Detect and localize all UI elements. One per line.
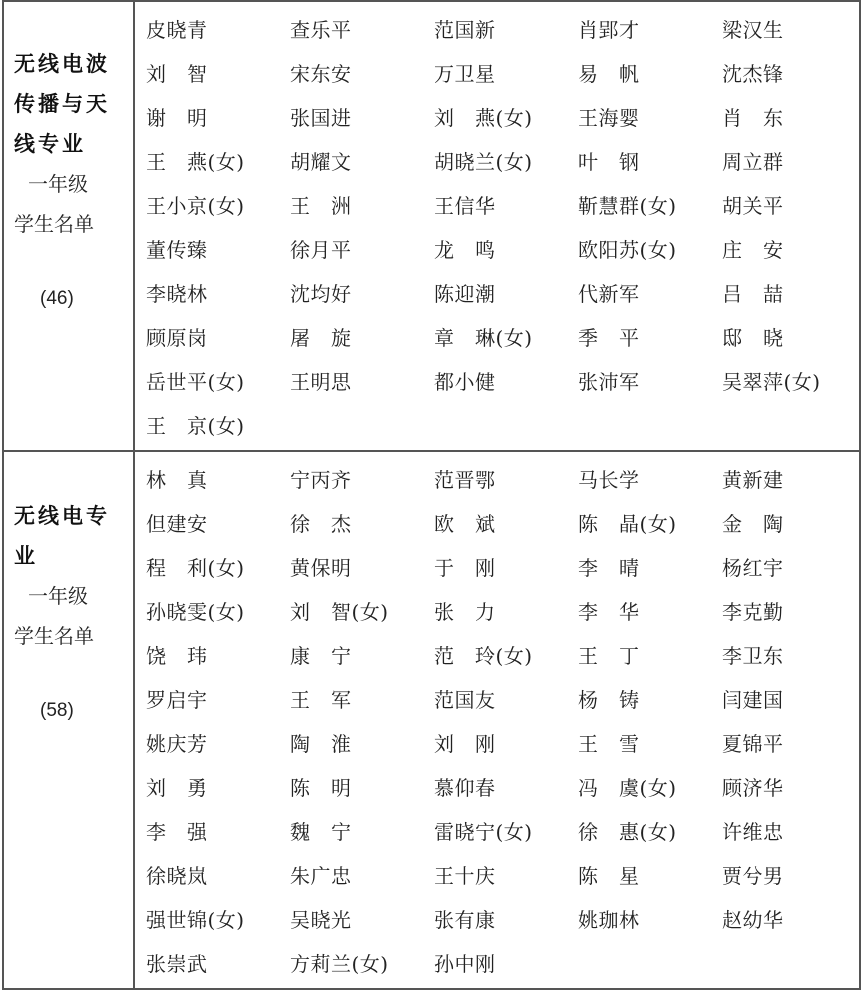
student-name: 胡关平 xyxy=(722,186,852,230)
student-name: 王 丁 xyxy=(578,636,722,680)
section-label-cell: 无线电波传播与天线专业 一年级 学生名单 (46) xyxy=(3,1,134,451)
student-name: 王 洲 xyxy=(290,186,434,230)
student-name: 方莉兰(女) xyxy=(290,944,434,974)
student-name: 欧 斌 xyxy=(434,504,578,548)
student-name: 张沛军 xyxy=(578,362,722,406)
student-name: 周立群 xyxy=(722,142,852,186)
student-name: 顾原岗 xyxy=(146,318,290,362)
student-name: 闫建国 xyxy=(722,680,852,724)
student-name: 王 军 xyxy=(290,680,434,724)
student-name: 李 华 xyxy=(578,592,722,636)
section-label: 无线电波传播与天线专业 一年级 学生名单 (46) xyxy=(4,2,133,310)
student-name: 顾济华 xyxy=(722,768,852,812)
student-name: 庄 安 xyxy=(722,230,852,274)
student-name: 李克勤 xyxy=(722,592,852,636)
section-label: 无线电专业 一年级 学生名单 (58) xyxy=(4,452,133,722)
student-name: 强世锦(女) xyxy=(146,900,290,944)
student-name: 龙 鸣 xyxy=(434,230,578,274)
student-name: 吕 喆 xyxy=(722,274,852,318)
section-row-antenna: 无线电波传播与天线专业 一年级 学生名单 (46) 皮晓青查乐平范国新肖郢才梁汉… xyxy=(3,1,860,451)
student-name: 宋东安 xyxy=(290,54,434,98)
student-name: 孙晓雯(女) xyxy=(146,592,290,636)
section-count: (58) xyxy=(14,700,133,722)
student-name: 刘 燕(女) xyxy=(434,98,578,142)
student-name: 饶 玮 xyxy=(146,636,290,680)
student-roster-table: 无线电波传播与天线专业 一年级 学生名单 (46) 皮晓青查乐平范国新肖郢才梁汉… xyxy=(2,0,861,974)
student-name: 黄新建 xyxy=(722,460,852,504)
student-name: 肖 东 xyxy=(722,98,852,142)
student-name: 王十庆 xyxy=(434,856,578,900)
student-name: 李 晴 xyxy=(578,548,722,592)
student-name: 张有康 xyxy=(434,900,578,944)
section-title: 无线电专业 xyxy=(14,496,129,576)
student-name: 季 平 xyxy=(578,318,722,362)
section-grade: 一年级 xyxy=(14,576,133,616)
student-name: 陈 晶(女) xyxy=(578,504,722,548)
student-name: 杨 铸 xyxy=(578,680,722,724)
student-name: 朱广忠 xyxy=(290,856,434,900)
student-name: 代新军 xyxy=(578,274,722,318)
student-name: 吴翠萍(女) xyxy=(722,362,852,406)
student-name: 张崇武 xyxy=(146,944,290,974)
student-name: 查乐平 xyxy=(290,10,434,54)
section-title: 无线电波传播与天线专业 xyxy=(14,44,129,164)
section-count: (46) xyxy=(14,288,133,310)
student-name: 冯 虞(女) xyxy=(578,768,722,812)
names-grid: 皮晓青查乐平范国新肖郢才梁汉生刘 智宋东安万卫星易 帆沈杰锋谢 明张国进刘 燕(… xyxy=(135,2,859,450)
student-name: 胡晓兰(女) xyxy=(434,142,578,186)
student-name: 张 力 xyxy=(434,592,578,636)
student-name: 于 刚 xyxy=(434,548,578,592)
student-name: 王小京(女) xyxy=(146,186,290,230)
student-name: 黄保明 xyxy=(290,548,434,592)
student-name: 万卫星 xyxy=(434,54,578,98)
section-grade: 一年级 xyxy=(14,164,133,204)
student-name: 陈 明 xyxy=(290,768,434,812)
student-name: 杨红宇 xyxy=(722,548,852,592)
student-name: 沈杰锋 xyxy=(722,54,852,98)
student-name: 邸 晓 xyxy=(722,318,852,362)
student-name: 王 燕(女) xyxy=(146,142,290,186)
student-name: 胡耀文 xyxy=(290,142,434,186)
student-name: 魏 宁 xyxy=(290,812,434,856)
student-name: 许维忠 xyxy=(722,812,852,856)
student-name: 陈迎潮 xyxy=(434,274,578,318)
student-name: 刘 智(女) xyxy=(290,592,434,636)
student-name: 慕仰春 xyxy=(434,768,578,812)
student-name: 范国友 xyxy=(434,680,578,724)
student-name: 刘 勇 xyxy=(146,768,290,812)
student-name: 范晋鄂 xyxy=(434,460,578,504)
student-name: 易 帆 xyxy=(578,54,722,98)
student-name: 李卫东 xyxy=(722,636,852,680)
student-name: 宁丙齐 xyxy=(290,460,434,504)
student-name: 马长学 xyxy=(578,460,722,504)
student-name: 徐晓岚 xyxy=(146,856,290,900)
student-name: 夏锦平 xyxy=(722,724,852,768)
student-name: 姚珈林 xyxy=(578,900,722,944)
student-name: 董传臻 xyxy=(146,230,290,274)
section-list-label: 学生名单 xyxy=(14,204,133,244)
student-name: 谢 明 xyxy=(146,98,290,142)
student-name: 但建安 xyxy=(146,504,290,548)
student-name: 李 强 xyxy=(146,812,290,856)
student-name: 王明思 xyxy=(290,362,434,406)
student-name: 李晓林 xyxy=(146,274,290,318)
section-row-radio: 无线电专业 一年级 学生名单 (58) 林 真宁丙齐范晋鄂马长学黄新建但建安徐 … xyxy=(3,451,860,974)
student-name: 岳世平(女) xyxy=(146,362,290,406)
student-name: 王海婴 xyxy=(578,98,722,142)
student-name: 肖郢才 xyxy=(578,10,722,54)
student-name: 康 宁 xyxy=(290,636,434,680)
student-name: 徐 惠(女) xyxy=(578,812,722,856)
student-name: 程 利(女) xyxy=(146,548,290,592)
student-name: 沈均好 xyxy=(290,274,434,318)
student-name: 刘 智 xyxy=(146,54,290,98)
student-name: 王 雪 xyxy=(578,724,722,768)
student-name: 章 琳(女) xyxy=(434,318,578,362)
student-name: 欧阳苏(女) xyxy=(578,230,722,274)
student-name: 皮晓青 xyxy=(146,10,290,54)
student-name: 王信华 xyxy=(434,186,578,230)
student-name: 徐月平 xyxy=(290,230,434,274)
student-name: 林 真 xyxy=(146,460,290,504)
student-name: 屠 旋 xyxy=(290,318,434,362)
student-name: 陶 淮 xyxy=(290,724,434,768)
names-cell: 皮晓青查乐平范国新肖郢才梁汉生刘 智宋东安万卫星易 帆沈杰锋谢 明张国进刘 燕(… xyxy=(134,1,860,451)
student-name: 罗启宇 xyxy=(146,680,290,724)
student-name: 金 陶 xyxy=(722,504,852,548)
student-name: 梁汉生 xyxy=(722,10,852,54)
names-grid: 林 真宁丙齐范晋鄂马长学黄新建但建安徐 杰欧 斌陈 晶(女)金 陶程 利(女)黄… xyxy=(135,452,859,974)
section-label-cell: 无线电专业 一年级 学生名单 (58) xyxy=(3,451,134,974)
student-name: 孙中刚 xyxy=(434,944,578,974)
student-name: 雷晓宁(女) xyxy=(434,812,578,856)
student-name: 都小健 xyxy=(434,362,578,406)
student-name: 王 京(女) xyxy=(146,406,290,450)
student-name: 叶 钢 xyxy=(578,142,722,186)
student-name: 范国新 xyxy=(434,10,578,54)
names-cell: 林 真宁丙齐范晋鄂马长学黄新建但建安徐 杰欧 斌陈 晶(女)金 陶程 利(女)黄… xyxy=(134,451,860,974)
student-name: 靳慧群(女) xyxy=(578,186,722,230)
student-name: 姚庆芳 xyxy=(146,724,290,768)
student-name: 赵幼华 xyxy=(722,900,852,944)
student-name: 张国进 xyxy=(290,98,434,142)
student-name: 贾兮男 xyxy=(722,856,852,900)
student-name: 吴晓光 xyxy=(290,900,434,944)
student-name: 范 玲(女) xyxy=(434,636,578,680)
section-list-label: 学生名单 xyxy=(14,616,133,656)
student-name: 刘 刚 xyxy=(434,724,578,768)
student-name: 陈 星 xyxy=(578,856,722,900)
student-name: 徐 杰 xyxy=(290,504,434,548)
